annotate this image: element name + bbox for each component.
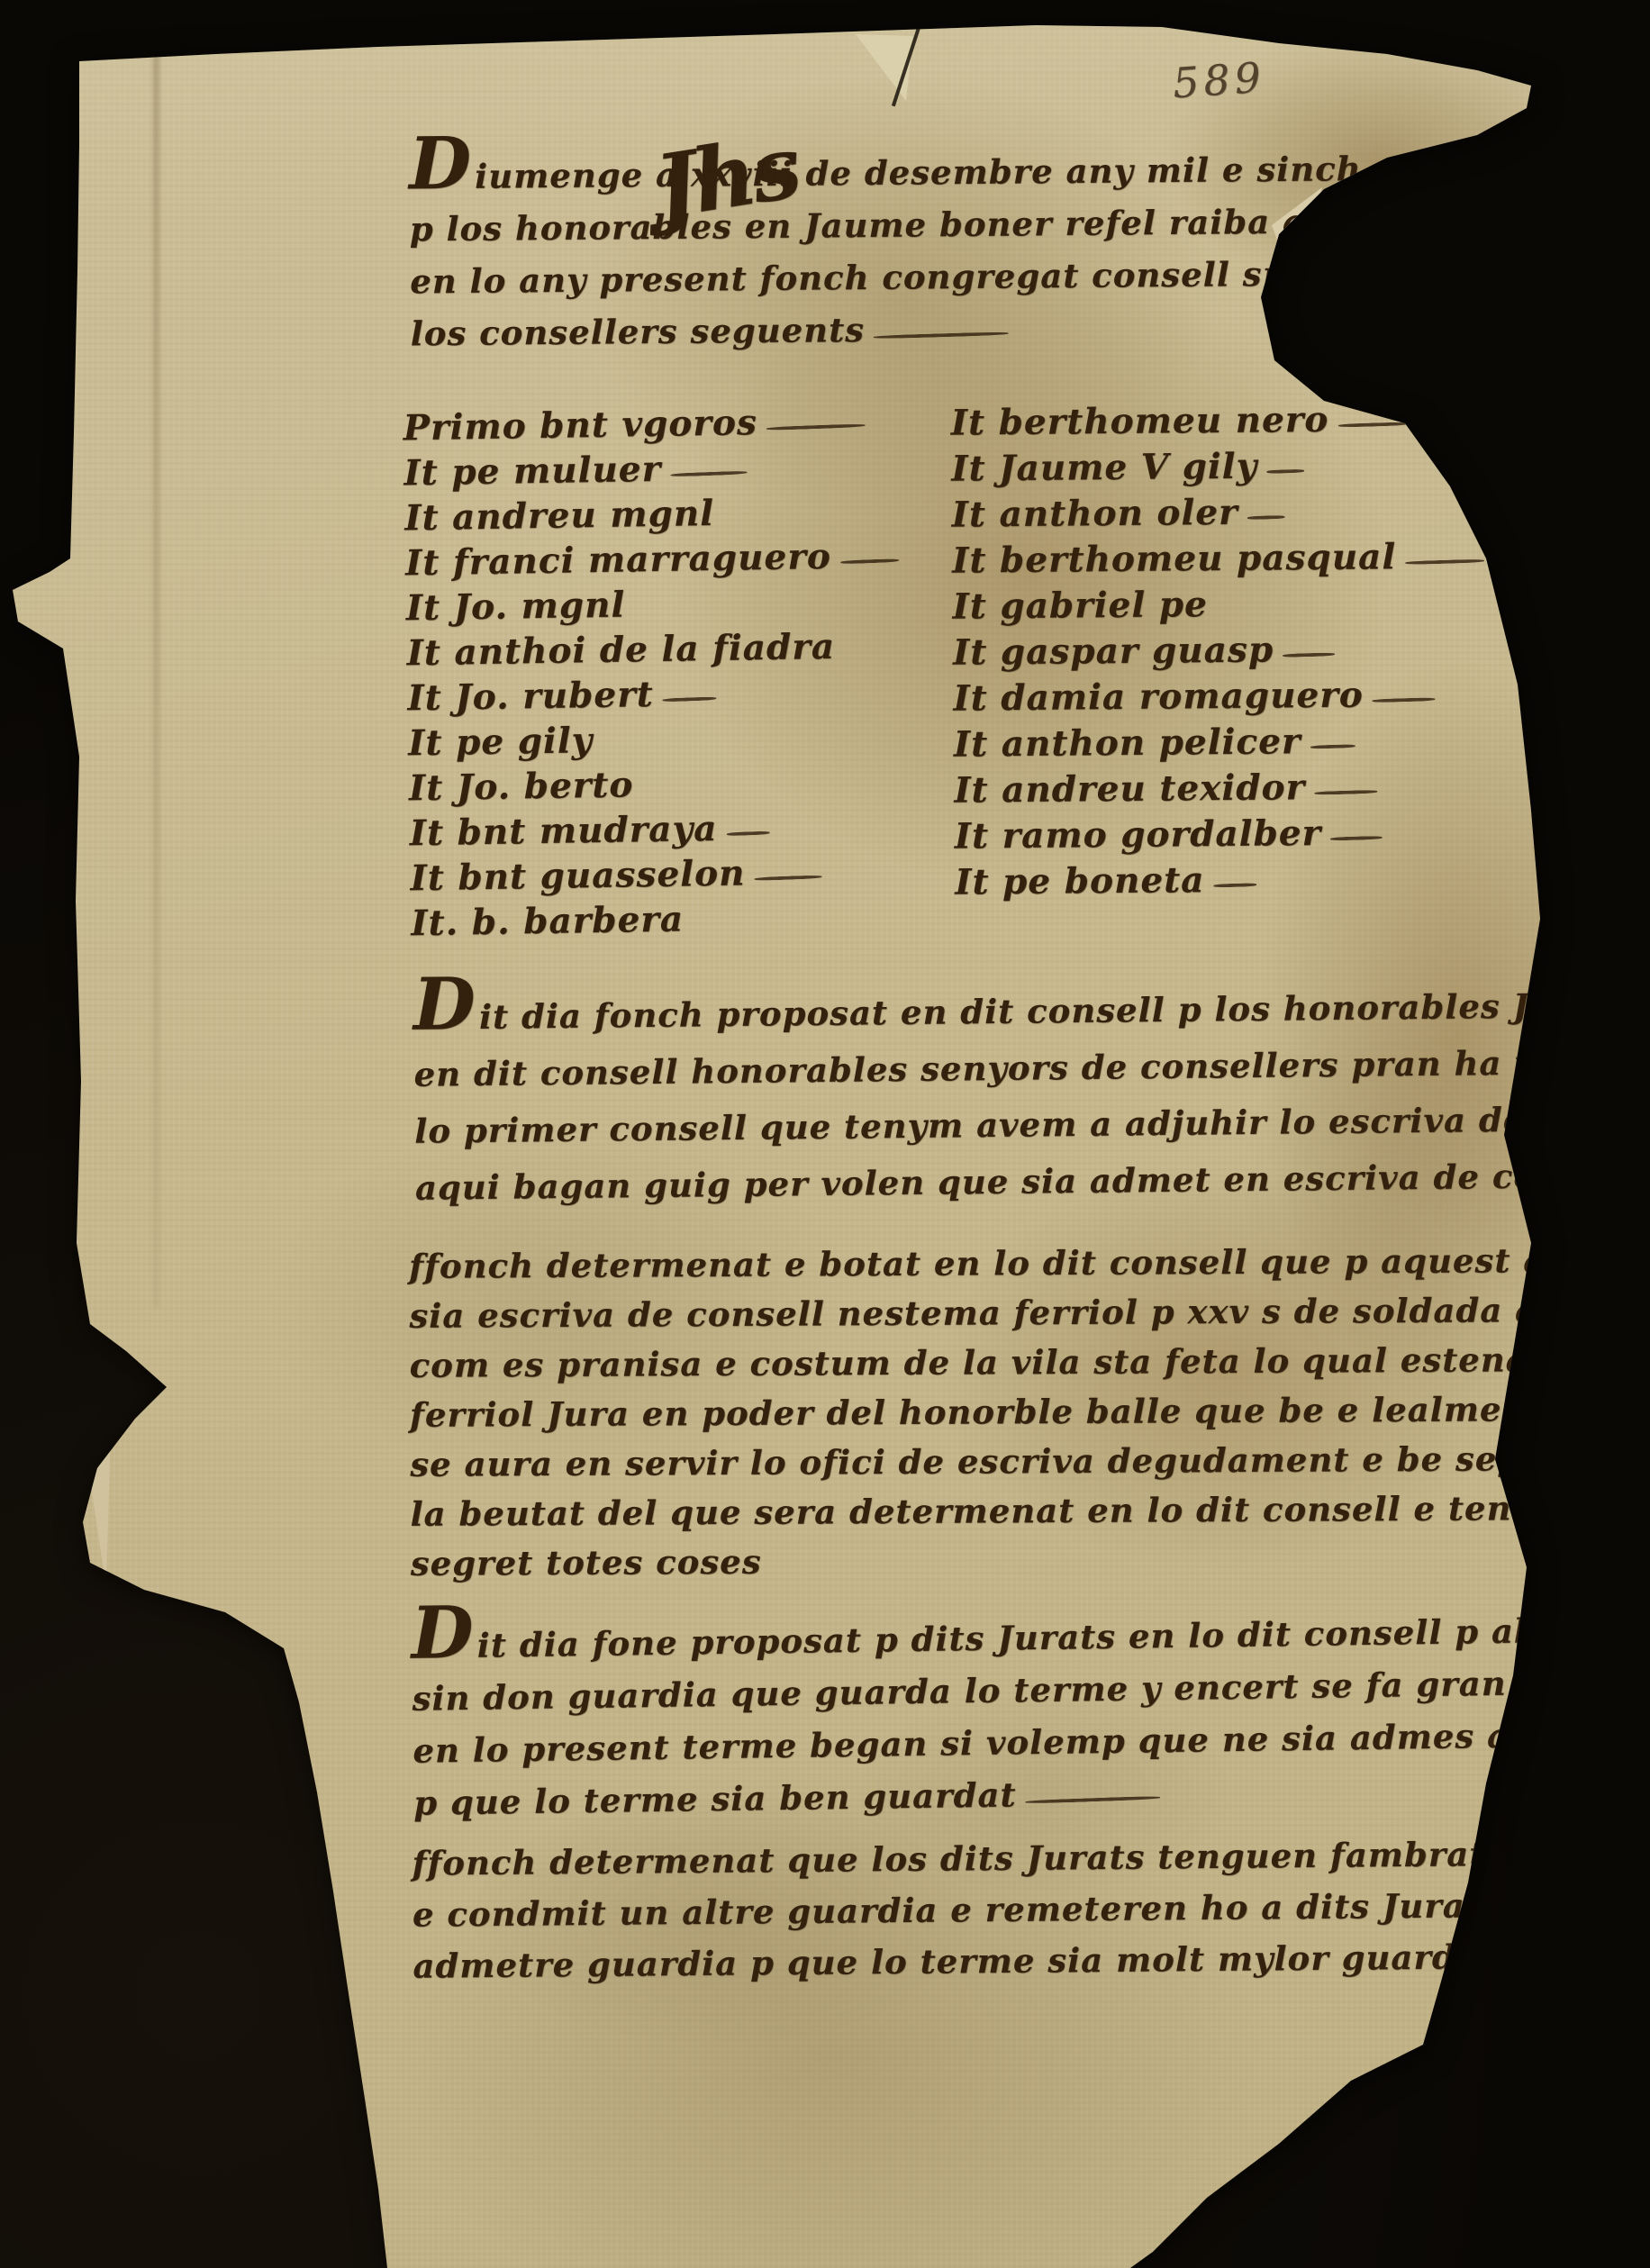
flourish-stroke [663, 696, 717, 702]
manuscript-scan-background: Jhs 589 Diumenge a xxviii de desembre an… [0, 0, 1650, 2268]
manuscript-line: admetre guardia p que lo terme sia molt … [412, 1937, 1495, 1985]
flourish-stroke [1373, 697, 1436, 703]
torn-paper-fold [85, 1396, 117, 1594]
manuscript-line: ferriol Jura en poder del honorble balle… [410, 1389, 1544, 1435]
paper-sheet: Jhs 589 Diumenge a xxviii de desembre an… [0, 0, 1650, 2268]
councillor-name: It Jaume V gily [951, 446, 1257, 490]
flourish-stroke [726, 831, 769, 837]
record-paragraph-guard-proposal: Dit dia fone proposat p dits Jurats en l… [411, 1607, 1650, 1835]
flourish-stroke [1283, 652, 1335, 658]
flourish-stroke [1405, 559, 1484, 566]
councillor-list-left: Primo bnt vgoros It pe muluer It andreu … [403, 400, 904, 948]
councillor-name: It bnt mudraya [409, 808, 717, 854]
flourish-stroke [766, 423, 866, 431]
manuscript-line: Diumenge a xxviii de desembre any mil e … [409, 146, 1650, 197]
councillor-name: It franci marraguero [405, 536, 831, 584]
councillor-name: It anthon pelicer [954, 721, 1301, 765]
councillor-name: It gaspar guasp [953, 629, 1274, 673]
folio-number: 589 [1171, 52, 1266, 107]
manuscript-line: los consellers seguents [411, 310, 866, 353]
councillor-name: It Jo. rubert [407, 674, 654, 719]
flourish-stroke [1504, 1958, 1635, 1965]
councillor-name: It pe muluer [403, 449, 661, 494]
councillor-list-right: It berthomeu nero It Jaume V gily It ant… [951, 397, 1488, 907]
record-paragraph-resolution-scribe: ffonch determenat e botat en lo dit cons… [409, 1239, 1650, 1593]
councillor-name: It. b. barbera [411, 899, 684, 945]
councillor-name: It damia romaguero [953, 675, 1364, 720]
flourish-stroke [1310, 744, 1355, 748]
flourish-stroke [1640, 1007, 1650, 1013]
councillor-name: It pe boneta [955, 859, 1205, 903]
flourish-stroke [754, 875, 821, 881]
flourish-stroke [1266, 469, 1304, 474]
manuscript-line: com es pranisa e costum de la vila sta f… [410, 1339, 1528, 1385]
flourish-stroke [1581, 1312, 1650, 1318]
manuscript-line: sia escriva de consell nestema ferriol p… [409, 1290, 1572, 1336]
torn-paper-fold [854, 27, 917, 133]
manuscript-line: ffonch determenat e botat en lo dit cons… [409, 1240, 1591, 1286]
councillor-name: It anthoi de la fiadra [406, 626, 835, 674]
manuscript-line: Dit dia fone proposat p dits Jurats en l… [411, 1607, 1650, 1665]
councillor-name: Primo bnt vgoros [403, 402, 757, 449]
paper-shadow-wrap: Jhs 589 Diumenge a xxviii de desembre an… [0, 0, 1650, 2268]
flourish-stroke [1314, 790, 1377, 795]
flourish-stroke [1337, 422, 1408, 427]
councillor-name: It berthomeu nero [951, 399, 1329, 444]
flourish-stroke [1213, 883, 1256, 887]
record-paragraph-proposal: Dit dia fonch proposat en dit consell p … [413, 984, 1650, 1224]
councillor-name: It ramo gordalber [955, 812, 1322, 857]
flourish-stroke [1600, 1684, 1650, 1690]
councillor-name: It andreu texidor [954, 767, 1305, 811]
councillor-name: It anthon oler [951, 492, 1237, 536]
manuscript-line: segret totes coses [411, 1542, 762, 1583]
record-paragraph-guard-resolution: ffonch determenat que los dits Jurats te… [412, 1831, 1650, 1997]
flourish-stroke [1026, 1795, 1161, 1803]
manuscript-line: p que lo terme sia ben guardat [413, 1774, 1017, 1822]
flourish-stroke [840, 558, 899, 564]
councillor-name: It gabriel pe [952, 584, 1208, 627]
manuscript-line: se aura en servir lo ofici de escriva de… [410, 1438, 1650, 1484]
councillor-name: It bnt guasselon [410, 852, 746, 899]
flourish-stroke [1247, 515, 1285, 520]
fold-crease-line [153, 56, 159, 1308]
councillor-name: It Jo. berto [409, 764, 634, 809]
flourish-stroke [1330, 836, 1383, 841]
councillor-name: It berthomeu pasqual [952, 536, 1396, 581]
flourish-stroke [670, 470, 747, 476]
flourish-stroke [874, 331, 1009, 339]
manuscript-line: Dit dia fonch proposat en dit consell p … [413, 985, 1632, 1038]
record-paragraph-opening: Diumenge a xxviii de desembre any mil e … [409, 146, 1650, 367]
manuscript-line: la beutat del que sera determenat en lo … [410, 1488, 1576, 1534]
councillor-name: It andreu mgnl [404, 493, 714, 539]
flourish-stroke [1639, 1177, 1650, 1183]
councillor-name: It pe gily [408, 720, 594, 764]
councillor-name: It Jo. mgnl [405, 584, 625, 629]
